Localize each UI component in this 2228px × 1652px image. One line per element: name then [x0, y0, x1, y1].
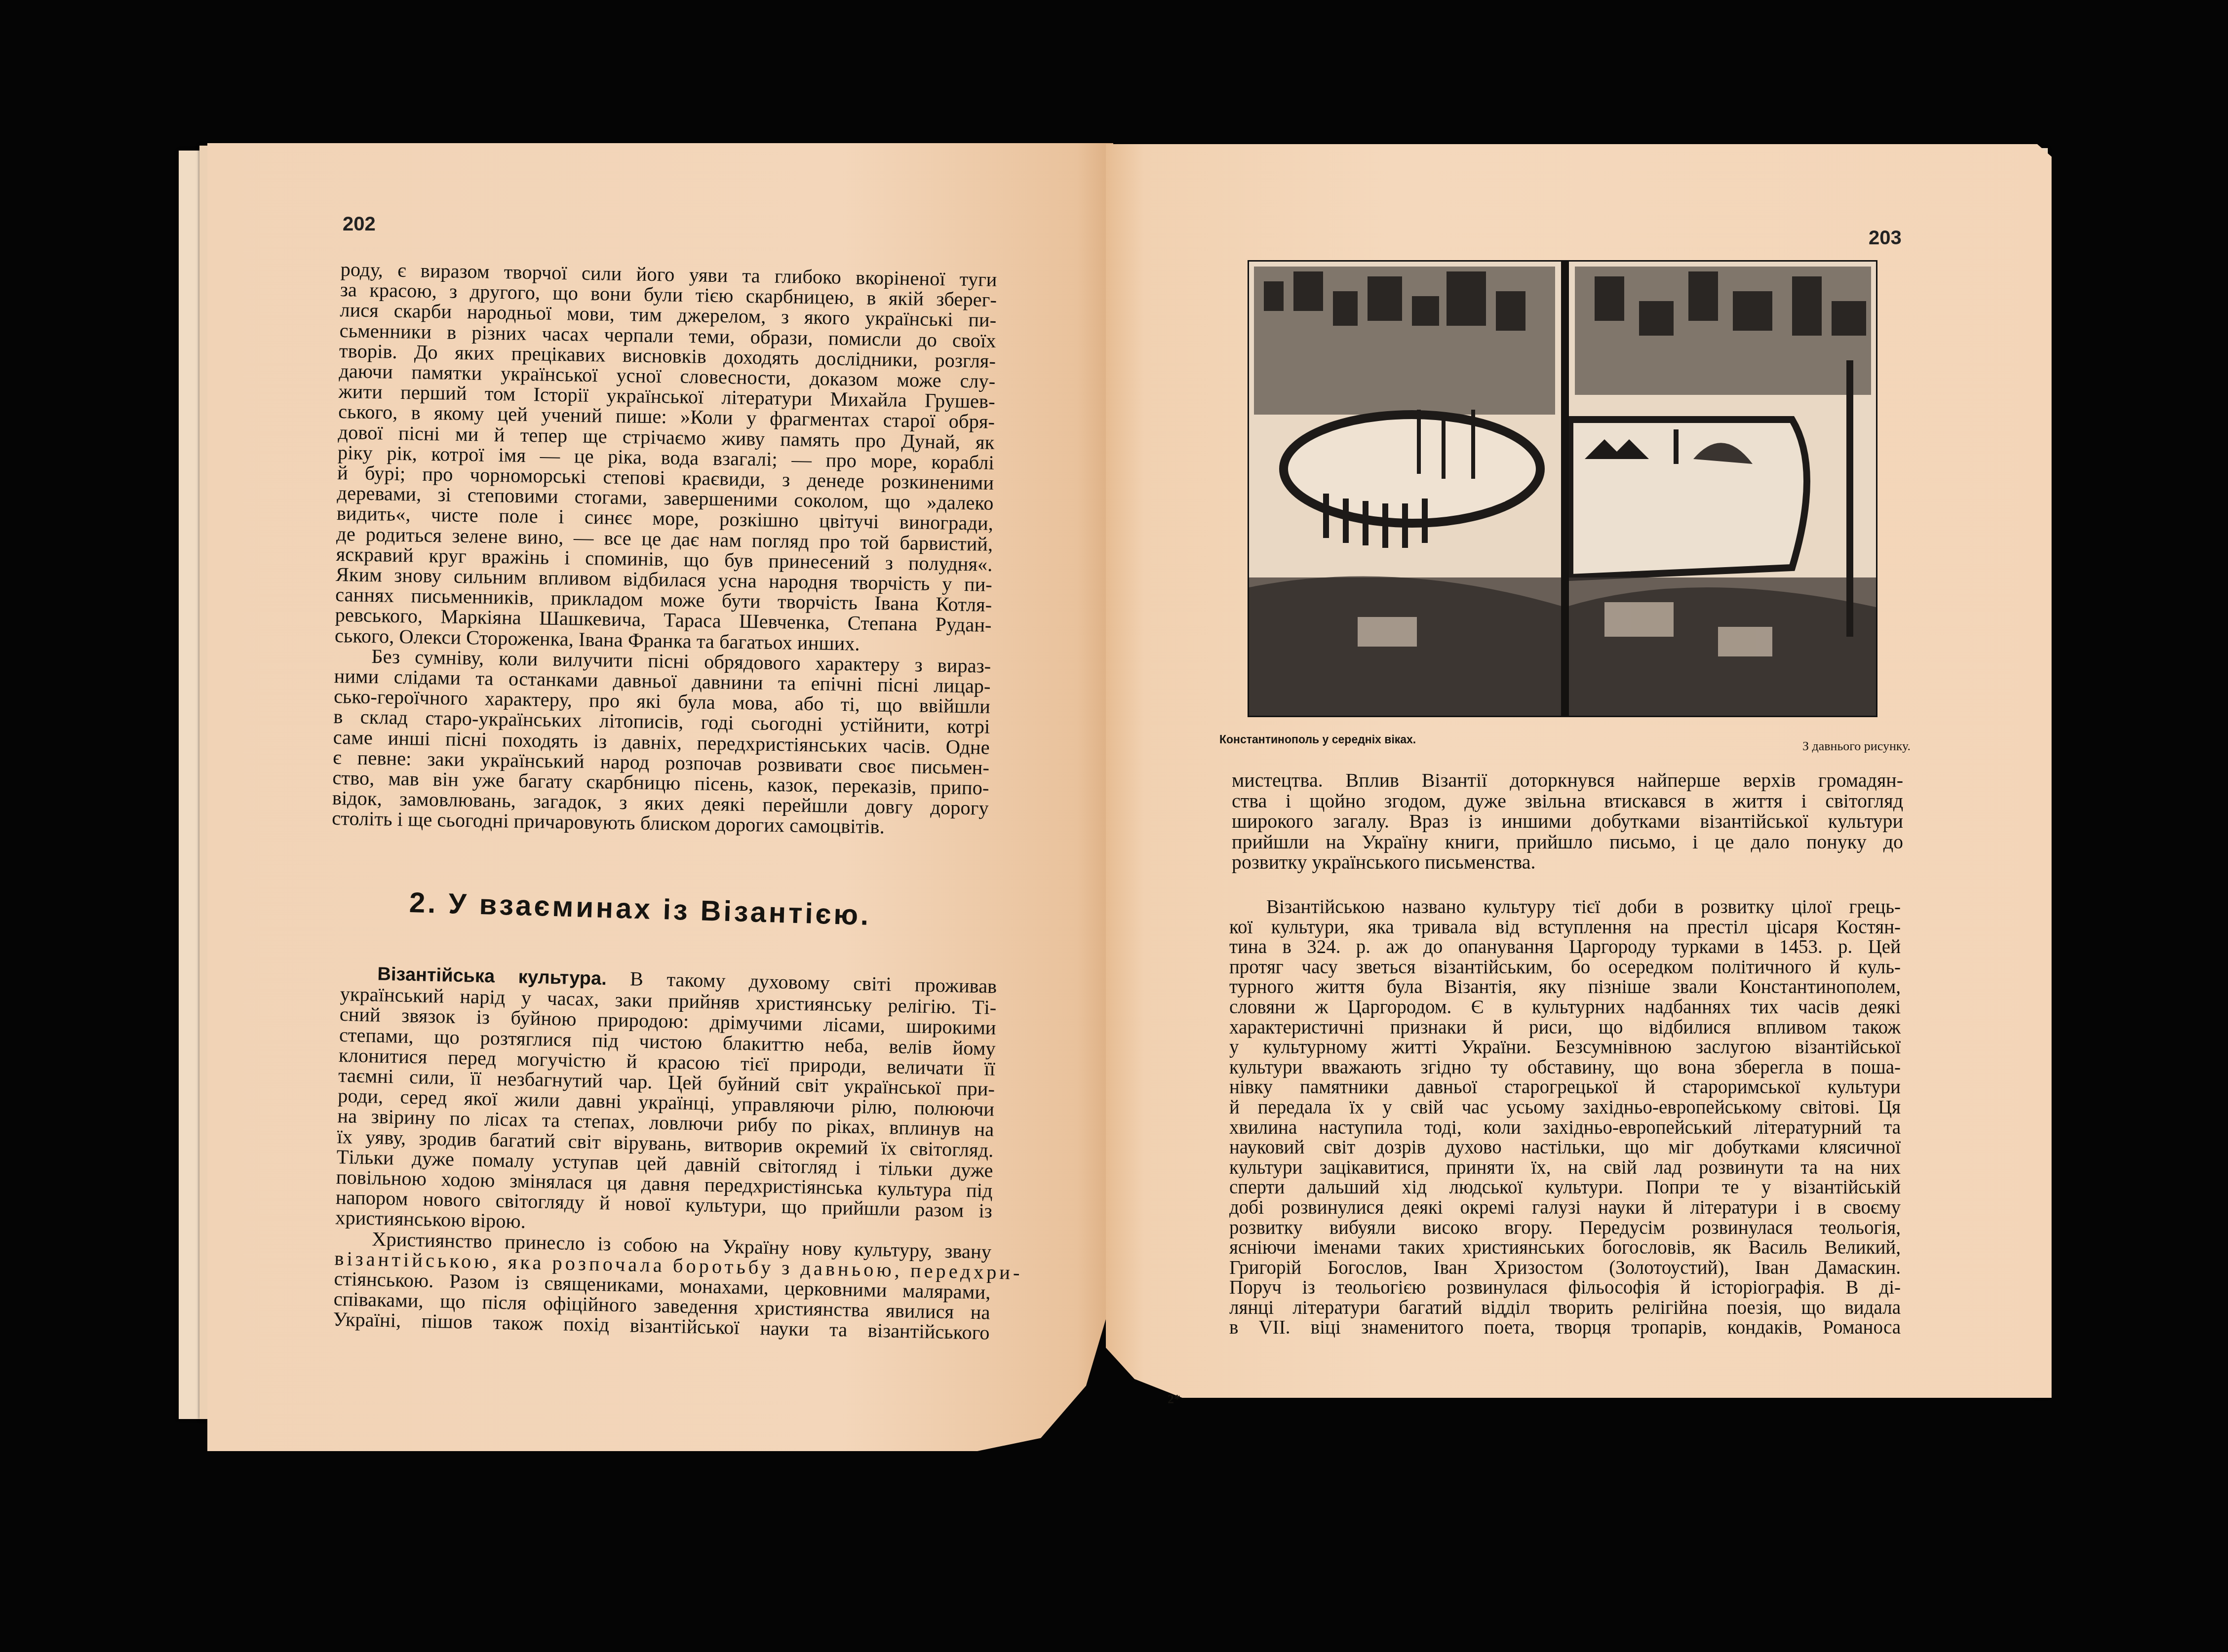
paragraph-1: роду, є виразом творчої сили його уяви т… — [335, 259, 997, 656]
text-line: розвитку українського письменства. — [1232, 852, 1903, 873]
right-page-body-bottom: Візантійською названо культуру тієї доби… — [1229, 897, 1901, 1338]
text-line: культури вважають згідно ту обставину, щ… — [1229, 1058, 1901, 1078]
text-line: протяг часу зветься візантійським, бо ос… — [1229, 958, 1901, 978]
paragraph-2: Без сумніву, коли вилучити пісні обрядов… — [332, 646, 991, 839]
paragraph-4: Християнство принесло із собою на Україн… — [333, 1228, 991, 1344]
text-line: лянці літератури багатий відділ творить … — [1229, 1298, 1901, 1318]
text-line: мистецтва. Вплив Візантії доторкнувся на… — [1232, 770, 1903, 791]
text-line: добі розвинулися деякі окремі галузі нау… — [1229, 1198, 1901, 1218]
text-line: широкого загалу. Враз із иншими добуткам… — [1232, 811, 1903, 832]
signature-mark: 2* — [1168, 1392, 1180, 1407]
text-line: розвитку вибуяли високо вгору. Передусім… — [1229, 1218, 1901, 1238]
text-line: в VII. віці знаменитого поета, творця тр… — [1229, 1318, 1901, 1338]
paragraph-3: Візантійська культура. В такому духовому… — [335, 962, 997, 1241]
text-line: словяни ж Царгородом. Є в культурних над… — [1229, 998, 1901, 1018]
text-line: прийшли на Україну книги, прийшло письмо… — [1232, 832, 1903, 852]
text-line: й передала їх у свій час усьому західньо… — [1229, 1098, 1901, 1118]
text-line: турного життя була Візантія, яку пізніше… — [1229, 977, 1901, 998]
left-page-number: 202 — [343, 213, 376, 235]
text-line: характеристичні признаки й риси, що відб… — [1229, 1018, 1901, 1038]
text-line: хвилина наступила тоді, коли західньо-ев… — [1229, 1118, 1901, 1138]
text-line: Візантійською названо культуру тієї доби… — [1229, 897, 1901, 918]
text-line: сперти дальший хід людської культури. По… — [1229, 1178, 1901, 1198]
text-line: Григорій Богослов, Іван Хризостом (Золот… — [1229, 1258, 1901, 1278]
text-line: ясніючи іменами таких християнських бого… — [1229, 1238, 1901, 1258]
left-page-body-top: роду, є виразом творчої сили його уяви т… — [332, 259, 997, 839]
right-page-body-top: мистецтва. Вплив Візантії доторкнувся на… — [1232, 770, 1903, 873]
text-line: нівку памятники давньої старогрецької й … — [1229, 1077, 1901, 1098]
constantinople-illustration — [1248, 260, 1877, 717]
right-page-number: 203 — [1869, 227, 1902, 249]
text-line: культури зацікавитися, приняти їх, на св… — [1229, 1158, 1901, 1178]
text-line: науковий світ дозрів духово настільки, щ… — [1229, 1138, 1901, 1158]
text-line: ства і щойно згодом, дуже звільна втиска… — [1232, 791, 1903, 811]
text-line: Поруч із теольогією розвинулася фільософ… — [1229, 1278, 1901, 1298]
left-page-body-bottom: Візантійська культура. В такому духовому… — [333, 962, 997, 1343]
engraving-image — [1249, 262, 1876, 716]
caption-title: Константинополь у середніх віках. — [1219, 733, 1416, 746]
text-line: тина в 324. р. аж до опанування Царгород… — [1229, 937, 1901, 958]
caption-source: З давнього рисунку. — [1802, 739, 1911, 754]
text-line: у культурному житті України. Безсумнівно… — [1229, 1037, 1901, 1058]
text-line: кої культури, яка тривала від вступлення… — [1229, 918, 1901, 938]
